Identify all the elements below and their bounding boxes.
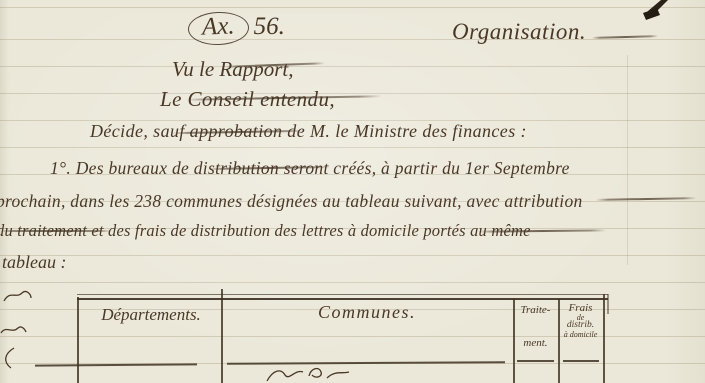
ink-flourish: [478, 229, 606, 232]
column-header-traitement: Traite- ment.: [513, 293, 558, 349]
illegible-entry-scribble: [265, 366, 375, 383]
traitement-line2: ment.: [513, 337, 558, 349]
fastener-icon: [640, 0, 674, 24]
category-heading: Organisation.: [452, 19, 586, 45]
line-article1-part1: 1°. Des bureaux de distribution seront c…: [50, 158, 570, 179]
margin-scribble: [0, 322, 28, 337]
paper-crease: [627, 55, 628, 265]
ink-flourish: [596, 197, 696, 200]
margin-scribble: [2, 288, 34, 306]
line-article1-part2: prochain, dans les 238 communes désignée…: [0, 191, 583, 212]
line-tableau: tableau :: [2, 252, 67, 273]
table-left-border: [77, 297, 79, 383]
traitement-line1: Traite-: [513, 304, 558, 316]
column-header-departements: Départements.: [81, 305, 221, 325]
table-right-border-outer: [607, 294, 609, 314]
ink-flourish: [592, 35, 658, 38]
header-underline-frais: [563, 360, 599, 362]
line-vu-rapport: Vu le Rapport,: [172, 57, 294, 82]
reference-annotation: Ax.56.: [188, 12, 285, 45]
frais-line4: à domicile: [558, 330, 603, 339]
column-header-frais: Frais de distrib. à domicile: [558, 293, 603, 339]
header-underline-communes: [227, 361, 505, 364]
margin-scribble: [0, 346, 18, 370]
manuscript-page: Ax.56. Organisation. Vu le Rapport, Le C…: [0, 0, 705, 383]
table-right-border: [603, 294, 605, 383]
frais-line3: distrib.: [558, 321, 603, 330]
reference-number: 56.: [254, 13, 285, 40]
header-underline-traitement: [517, 360, 554, 362]
column-header-communes: Communes.: [221, 302, 513, 323]
header-underline-departements: [35, 363, 197, 366]
line-decide: Décide, sauf approbation de M. le Minist…: [90, 121, 527, 142]
reference-circled: Ax.: [187, 11, 249, 46]
ink-flourish: [0, 230, 112, 232]
